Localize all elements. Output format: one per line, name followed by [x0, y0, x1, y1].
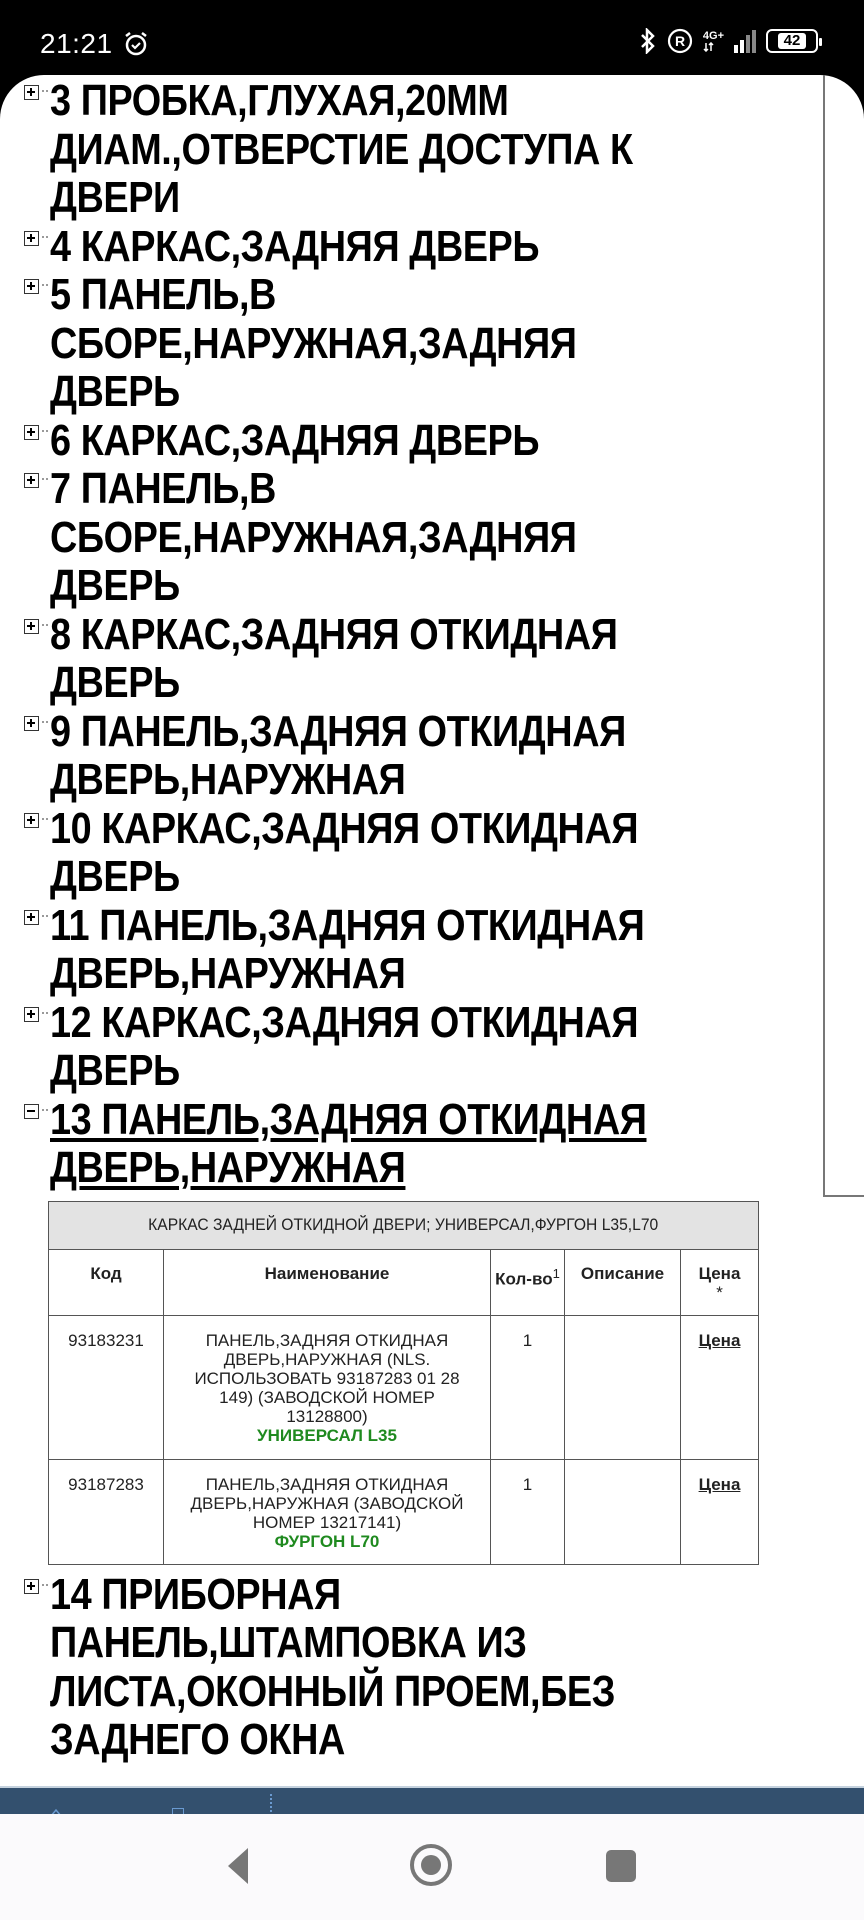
expand-icon[interactable] — [24, 716, 39, 731]
tree-node-11[interactable]: 11 ПАНЕЛЬ,ЗАДНЯЯ ОТКИДНАЯ ДВЕРЬ,НАРУЖНАЯ — [0, 902, 820, 999]
bluetooth-icon — [639, 28, 657, 54]
expand-icon[interactable] — [24, 1007, 39, 1022]
status-time: 21:21 — [40, 28, 113, 60]
network-type: 4G+ — [703, 31, 724, 42]
model-label: ФУРГОН L70 — [178, 1532, 476, 1551]
price-cell: Цена — [681, 1459, 759, 1564]
part-name: ПАНЕЛЬ,ЗАДНЯЯ ОТКИДНАЯ ДВЕРЬ,НАРУЖНАЯ (З… — [164, 1459, 491, 1564]
tree-node-13[interactable]: 13 ПАНЕЛЬ,ЗАДНЯЯ ОТКИДНАЯ ДВЕРЬ,НАРУЖНАЯ — [0, 1096, 820, 1193]
part-name: ПАНЕЛЬ,ЗАДНЯЯ ОТКИДНАЯ ДВЕРЬ,НАРУЖНАЯ (N… — [164, 1315, 491, 1459]
tree-node-5[interactable]: 5 ПАНЕЛЬ,В СБОРЕ,НАРУЖНАЯ,ЗАДНЯЯ ДВЕРЬ — [0, 271, 820, 417]
status-icons: R 4G+ 42 — [639, 28, 818, 54]
tree-connector — [42, 818, 48, 820]
tree-connector — [42, 478, 48, 480]
tree-node-3[interactable]: 3 ПРОБКА,ГЛУХАЯ,20ММ ДИАМ.,ОТВЕРСТИЕ ДОС… — [0, 77, 820, 223]
table-caption: КАРКАС ЗАДНЕЙ ОТКИДНОЙ ДВЕРИ; УНИВЕРСАЛ,… — [49, 1201, 759, 1249]
expand-icon[interactable] — [24, 425, 39, 440]
expand-icon[interactable] — [24, 813, 39, 828]
col-price: Цена* — [681, 1249, 759, 1315]
expand-icon[interactable] — [24, 279, 39, 294]
expand-icon[interactable] — [24, 231, 39, 246]
parts-table: КАРКАС ЗАДНЕЙ ОТКИДНОЙ ДВЕРИ; УНИВЕРСАЛ,… — [48, 1201, 759, 1565]
back-icon[interactable] — [228, 1848, 248, 1884]
tree-connector — [42, 284, 48, 286]
recents-icon[interactable] — [606, 1850, 636, 1882]
tree-node-12[interactable]: 12 КАРКАС,ЗАДНЯЯ ОТКИДНАЯ ДВЕРЬ — [0, 999, 820, 1096]
price-link[interactable]: Цена — [699, 1475, 741, 1494]
tree-connector — [42, 624, 48, 626]
tree-connector — [42, 430, 48, 432]
model-label: УНИВЕРСАЛ L35 — [178, 1426, 476, 1445]
tree-node-9[interactable]: 9 ПАНЕЛЬ,ЗАДНЯЯ ОТКИДНАЯ ДВЕРЬ,НАРУЖНАЯ — [0, 708, 820, 805]
tree-connector — [42, 721, 48, 723]
signal-icon — [734, 29, 756, 53]
app-bottom-toolbar — [0, 1786, 864, 1814]
status-bar: 21:21 R 4G+ 42 — [0, 0, 864, 75]
tree-connector — [42, 915, 48, 917]
col-qty: Кол-во1 — [491, 1249, 565, 1315]
table-row: 93187283 ПАНЕЛЬ,ЗАДНЯЯ ОТКИДНАЯ ДВЕРЬ,НА… — [49, 1459, 759, 1564]
tree-node-6[interactable]: 6 КАРКАС,ЗАДНЯЯ ДВЕРЬ — [0, 417, 820, 466]
col-name: Наименование — [164, 1249, 491, 1315]
svg-text:R: R — [675, 33, 685, 49]
parts-catalog-page: 3 ПРОБКА,ГЛУХАЯ,20ММ ДИАМ.,ОТВЕРСТИЕ ДОС… — [0, 75, 864, 1788]
tree-node-4[interactable]: 4 КАРКАС,ЗАДНЯЯ ДВЕРЬ — [0, 223, 820, 272]
side-frame — [823, 75, 864, 1197]
tree-connector — [42, 1012, 48, 1014]
battery-indicator: 42 — [766, 29, 818, 53]
part-code: 93187283 — [49, 1459, 164, 1564]
part-qty: 1 — [491, 1459, 565, 1564]
table-row: 93183231 ПАНЕЛЬ,ЗАДНЯЯ ОТКИДНАЯ ДВЕРЬ,НА… — [49, 1315, 759, 1459]
alarm-icon — [122, 30, 150, 58]
tree-node-7[interactable]: 7 ПАНЕЛЬ,В СБОРЕ,НАРУЖНАЯ,ЗАДНЯЯ ДВЕРЬ — [0, 465, 820, 611]
tree-connector — [42, 236, 48, 238]
part-description — [565, 1315, 681, 1459]
expand-icon[interactable] — [24, 910, 39, 925]
tree-node-8[interactable]: 8 КАРКАС,ЗАДНЯЯ ОТКИДНАЯ ДВЕРЬ — [0, 611, 820, 708]
part-code: 93183231 — [49, 1315, 164, 1459]
expand-icon[interactable] — [24, 473, 39, 488]
tree-connector — [42, 90, 48, 92]
part-qty: 1 — [491, 1315, 565, 1459]
toolbar-divider — [270, 1794, 272, 1816]
tree-connector — [42, 1584, 48, 1586]
expand-icon[interactable] — [24, 85, 39, 100]
system-nav-bar — [0, 1814, 864, 1920]
collapse-icon[interactable] — [24, 1104, 39, 1119]
roaming-r-icon: R — [667, 28, 693, 54]
table-header-row: Код Наименование Кол-во1 Описание Цена* — [49, 1249, 759, 1315]
parts-tree: 3 ПРОБКА,ГЛУХАЯ,20ММ ДИАМ.,ОТВЕРСТИЕ ДОС… — [0, 75, 820, 1765]
col-description: Описание — [565, 1249, 681, 1315]
home-button-icon[interactable] — [410, 1844, 452, 1886]
price-cell: Цена — [681, 1315, 759, 1459]
expand-icon[interactable] — [24, 619, 39, 634]
tree-node-10[interactable]: 10 КАРКАС,ЗАДНЯЯ ОТКИДНАЯ ДВЕРЬ — [0, 805, 820, 902]
expand-icon[interactable] — [24, 1579, 39, 1594]
tree-node-14[interactable]: 14 ПРИБОРНАЯ ПАНЕЛЬ,ШТАМПОВКА ИЗ ЛИСТА,О… — [0, 1571, 820, 1765]
tree-connector — [42, 1109, 48, 1111]
part-description — [565, 1459, 681, 1564]
price-link[interactable]: Цена — [699, 1331, 741, 1350]
col-code: Код — [49, 1249, 164, 1315]
